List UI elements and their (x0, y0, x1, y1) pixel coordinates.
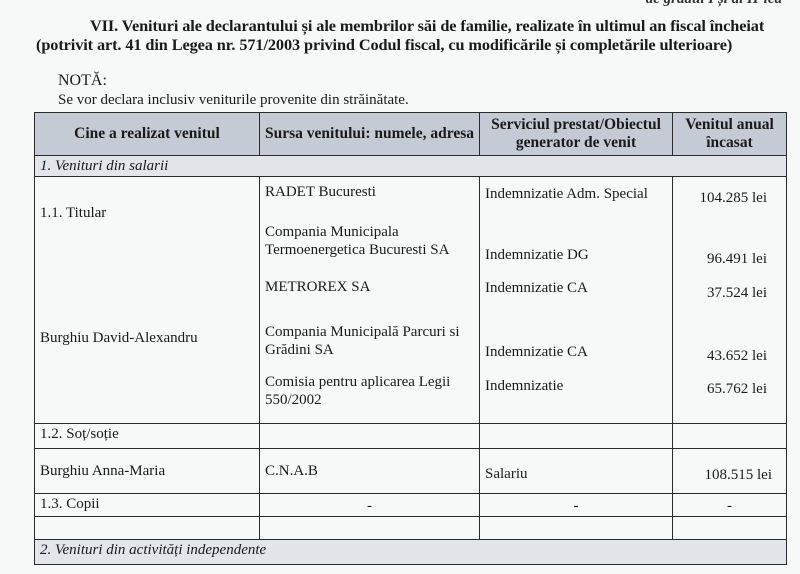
service-item: Indemnizatie CA (485, 279, 588, 297)
source-item: METROREX SA (265, 278, 370, 296)
amount-item: 37.524 lei (707, 284, 767, 302)
header-source: Sursa venitului: numele, adresa (260, 113, 480, 156)
table-header-row: Cine a realizat venitul Sursa venitului:… (35, 113, 787, 156)
empty-cell (480, 517, 673, 540)
titular-services: Indemnizatie Adm. Special Indemnizatie D… (480, 177, 673, 424)
income-table: Cine a realizat venitul Sursa venitului:… (34, 112, 787, 565)
spouse-label: 1.2. Soț/soție (35, 424, 260, 449)
children-source: - (260, 494, 480, 517)
amount-item: 104.285 lei (700, 189, 768, 207)
children-service: - (480, 494, 673, 517)
empty-cell (673, 424, 787, 449)
source-item: Comisia pentru aplicarea Legii 550/2002 (265, 373, 470, 409)
note-label: NOTĂ: (58, 72, 107, 90)
header-service: Serviciul prestat/Obiectul generator de … (480, 113, 673, 156)
note-text: Se vor declara inclusiv veniturile prove… (58, 92, 409, 109)
source-item: Compania Municipală Parcuri si Grădini S… (265, 323, 477, 359)
titular-cell: 1.1. Titular Burghiu David-Alexandru (35, 177, 260, 424)
header-who: Cine a realizat venitul (35, 113, 260, 156)
titular-label: 1.1. Titular (40, 205, 106, 222)
empty-cell (260, 517, 480, 540)
section-row-independent: 2. Venituri din activități independente (35, 540, 787, 565)
section-independent-label: 2. Venituri din activități independente (35, 540, 787, 565)
table-row-spouse-label: 1.2. Soț/soție (35, 424, 787, 449)
cutoff-previous-line: de gradul I și al II-lea (646, 0, 782, 8)
spouse-name: Burghiu Anna-Maria (35, 449, 260, 494)
table-row-spouse: Burghiu Anna-Maria C.N.A.B Salariu 108.5… (35, 449, 787, 494)
titular-sources: RADET Bucuresti Compania Municipala Term… (260, 177, 480, 424)
amount-item: 65.762 lei (707, 380, 767, 398)
service-item: Indemnizatie DG (485, 246, 589, 264)
source-item: RADET Bucuresti (265, 183, 376, 201)
empty-cell (673, 517, 787, 540)
table-row-titular: 1.1. Titular Burghiu David-Alexandru RAD… (35, 177, 787, 424)
table-row-empty (35, 517, 787, 540)
section-row-salaries: 1. Venituri din salarii (35, 156, 787, 177)
amount-item: 96.491 lei (707, 250, 767, 268)
empty-cell (480, 424, 673, 449)
service-item: Indemnizatie Adm. Special (485, 185, 648, 203)
amount-item: 43.652 lei (707, 347, 767, 365)
service-item: Indemnizatie CA (485, 343, 588, 361)
empty-cell (260, 424, 480, 449)
section-salaries-label: 1. Venituri din salarii (35, 156, 787, 177)
heading-line-1: VII. Venituri ale declarantului și ale m… (90, 16, 764, 35)
children-amount: - (673, 494, 787, 517)
spouse-amount: 108.515 lei (673, 449, 787, 494)
service-item: Indemnizatie (485, 377, 563, 395)
spouse-source: C.N.A.B (260, 449, 480, 494)
table-row-children: 1.3. Copii - - - (35, 494, 787, 517)
titular-name: Burghiu David-Alexandru (40, 330, 198, 347)
children-label: 1.3. Copii (35, 494, 260, 517)
source-item: Compania Municipala Termoenergetica Bucu… (265, 223, 470, 259)
empty-cell (35, 517, 260, 540)
header-amount: Venitul anual încasat (673, 113, 787, 156)
spouse-service: Salariu (480, 449, 673, 494)
heading-line-2: (potrivit art. 41 din Legea nr. 571/2003… (36, 35, 732, 54)
titular-amounts: 104.285 lei 96.491 lei 37.524 lei 43.652… (673, 177, 787, 424)
